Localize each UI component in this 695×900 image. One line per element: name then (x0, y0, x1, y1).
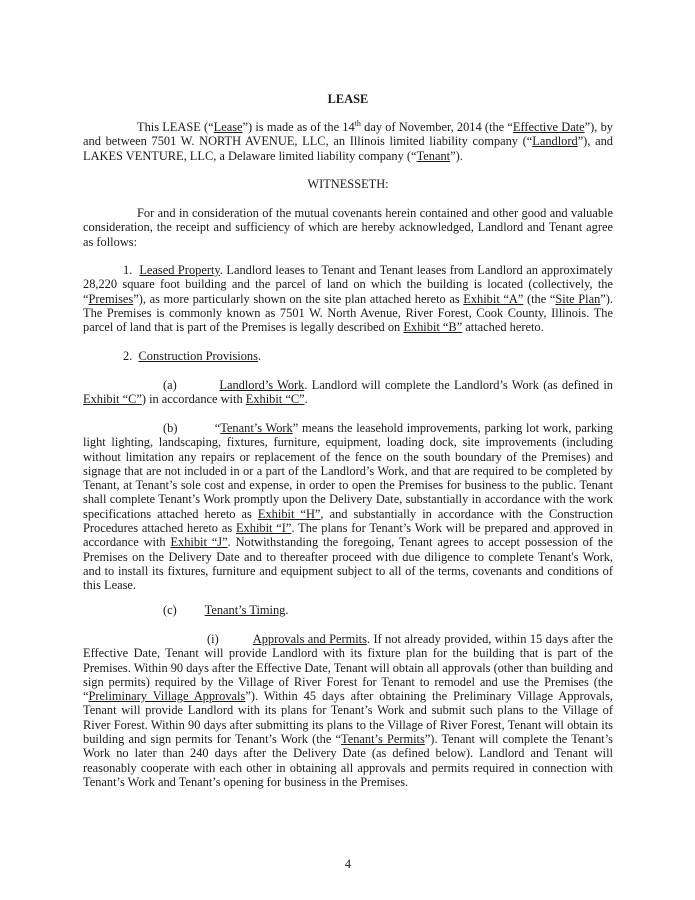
subsection-label: (b) (163, 421, 177, 435)
defined-term-tenants-permits: Tenant’s Permits (341, 732, 425, 746)
witnesseth-heading: WITNESSETH: (83, 177, 613, 191)
page-number: 4 (83, 857, 613, 871)
exhibit-c-reference: Exhibit “C” (83, 392, 142, 406)
text: ”). (450, 149, 463, 163)
text: . (285, 603, 288, 617)
text: This LEASE (“ (137, 120, 214, 134)
recital-paragraph: For and in consideration of the mutual c… (83, 206, 613, 249)
exhibit-a-reference: Exhibit “A” (463, 292, 523, 306)
subsection-label: (c) (163, 603, 177, 617)
text: ”), as more particularly shown on the si… (133, 292, 463, 306)
subsection-label: (a) (163, 378, 177, 392)
exhibit-j-reference: Exhibit “J” (170, 535, 227, 549)
text: . (305, 392, 308, 406)
defined-term-tenant: Tenant (417, 149, 451, 163)
clause-heading-approvals-and-permits: Approvals and Permits (253, 632, 367, 646)
defined-term-effective-date: Effective Date (513, 120, 585, 134)
exhibit-b-reference: Exhibit “B” (403, 320, 462, 334)
section-heading-leased-property: Leased Property (139, 263, 219, 277)
exhibit-h-reference: Exhibit “H” (258, 507, 321, 521)
text: . (258, 349, 261, 363)
exhibit-i-reference: Exhibit “I” (236, 521, 291, 535)
defined-term-lease: Lease (214, 120, 243, 134)
document-title: LEASE (83, 92, 613, 106)
clause-label: (i) (207, 632, 219, 646)
text: attached hereto. (462, 320, 544, 334)
section-number: 1. (123, 263, 132, 277)
exhibit-c-reference: Exhibit “C” (246, 392, 305, 406)
defined-term-tenants-work: Tenant’s Work (220, 421, 293, 435)
text: day of November, 2014 (the “ (361, 120, 513, 134)
section-1-paragraph: 1. Leased Property. Landlord leases to T… (83, 263, 613, 334)
section-2a-paragraph: (a) Landlord’s Work. Landlord will compl… (83, 378, 613, 407)
section-heading-construction-provisions: Construction Provisions (139, 349, 258, 363)
text: (the “ (523, 292, 555, 306)
text: ”) is made as of the 14 (243, 120, 355, 134)
section-2-heading: 2. Construction Provisions. (83, 349, 613, 363)
section-2c-i-paragraph: (i) Approvals and Permits. If not alread… (83, 632, 613, 789)
defined-term-preliminary-village-approvals: Preliminary Village Approvals (89, 689, 246, 703)
defined-term-premises: Premises (89, 292, 134, 306)
subsection-heading-tenants-timing: Tenant’s Timing (205, 603, 286, 617)
text: ) in accordance with (142, 392, 246, 406)
text: . Landlord will complete the Landlord’s … (304, 378, 613, 392)
defined-term-landlord: Landlord (532, 134, 577, 148)
section-2c-heading: (c) Tenant’s Timing. (83, 603, 613, 617)
section-number: 2. (123, 349, 132, 363)
intro-paragraph: This LEASE (“Lease”) is made as of the 1… (83, 120, 613, 163)
defined-term-site-plan: Site Plan (555, 292, 600, 306)
section-2b-paragraph: (b) “Tenant’s Work” means the leasehold … (83, 421, 613, 593)
subsection-heading-landlords-work: Landlord’s Work (219, 378, 304, 392)
